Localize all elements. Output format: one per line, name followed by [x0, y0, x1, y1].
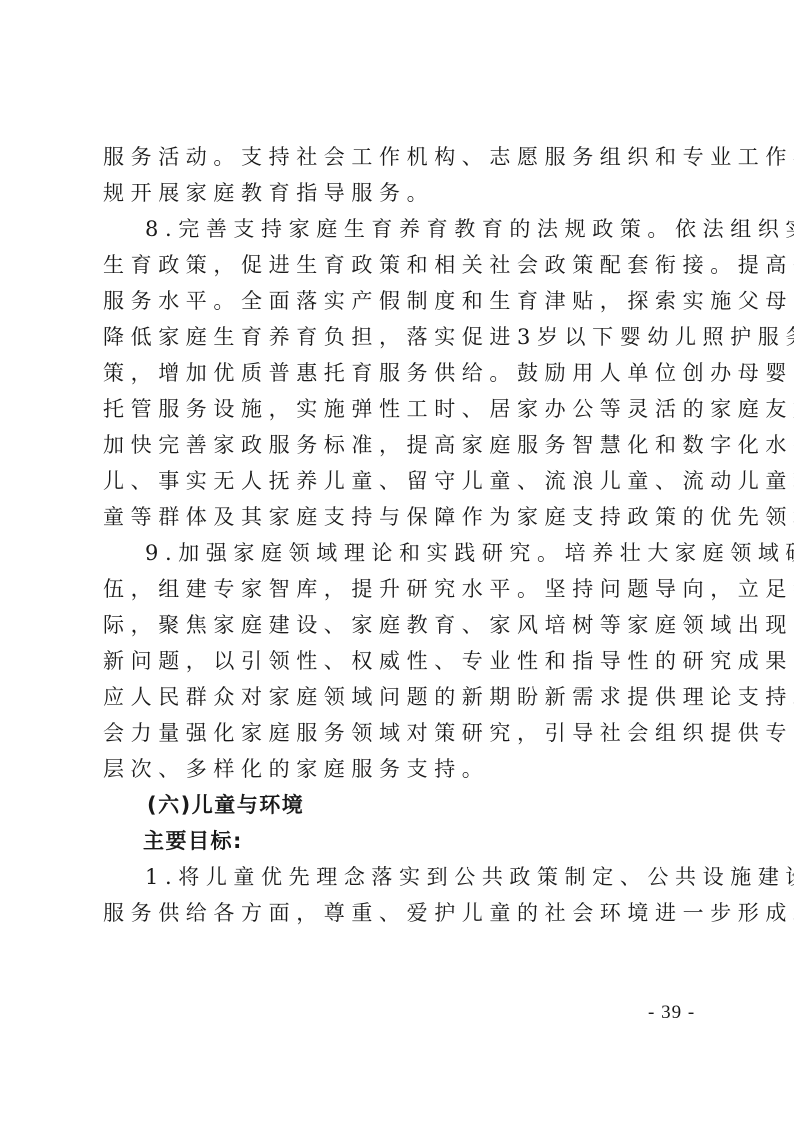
- goals-heading: 主要目标:: [103, 823, 693, 859]
- text-line: 托管服务设施，实施弹性工时、居家办公等灵活的家庭友好措施。: [103, 391, 693, 427]
- text-line: 层次、多样化的家庭服务支持。: [103, 751, 693, 787]
- text-line: 1.将儿童优先理念落实到公共政策制定、公共设施建设、公共: [103, 859, 693, 895]
- text-line: 9.加强家庭领域理论和实践研究。培养壮大家庭领域研究队: [103, 535, 693, 571]
- text-line: 会力量强化家庭服务领域对策研究，引导社会组织提供专业化、多: [103, 715, 693, 751]
- paragraph-goal-1: 1.将儿童优先理念落实到公共政策制定、公共设施建设、公共 服务供给各方面，尊重、…: [103, 859, 693, 931]
- paragraph-continuation: 服务活动。支持社会工作机构、志愿服务组织和专业工作者依法依 规开展家庭教育指导服…: [103, 139, 693, 211]
- text-line: 服务水平。全面落实产假制度和生育津贴，探索实施父母育儿假。: [103, 283, 693, 319]
- text-line: 伍，组建专家智库，提升研究水平。坚持问题导向，立足我区实: [103, 571, 693, 607]
- paragraph-item-9: 9.加强家庭领域理论和实践研究。培养壮大家庭领域研究队 伍，组建专家智库，提升研…: [103, 535, 693, 787]
- text-line: 童等群体及其家庭支持与保障作为家庭支持政策的优先领域。: [103, 499, 693, 535]
- document-page: 服务活动。支持社会工作机构、志愿服务组织和专业工作者依法依 规开展家庭教育指导服…: [103, 139, 693, 931]
- paragraph-item-8: 8.完善支持家庭生育养育教育的法规政策。依法组织实施三孩 生育政策，促进生育政策…: [103, 211, 693, 535]
- text-line: 应人民群众对家庭领域问题的新期盼新需求提供理论支持。鼓励社: [103, 679, 693, 715]
- text-line: 际，聚焦家庭建设、家庭教育、家风培树等家庭领域出现的新情况: [103, 607, 693, 643]
- text-line: 新问题，以引领性、权威性、专业性和指导性的研究成果，积极回: [103, 643, 693, 679]
- page-number: - 39 -: [648, 1002, 695, 1024]
- text-line: 服务供给各方面，尊重、爱护儿童的社会环境进一步形成。: [103, 895, 693, 931]
- text-line: 生育政策，促进生育政策和相关社会政策配套衔接。提高优生优育: [103, 247, 693, 283]
- text-line: 儿、事实无人抚养儿童、留守儿童、流浪儿童、流动儿童和困境儿: [103, 463, 693, 499]
- text-line: 服务活动。支持社会工作机构、志愿服务组织和专业工作者依法依: [103, 139, 693, 175]
- text-line: 降低家庭生育养育负担，落实促进3岁以下婴幼儿照护服务发展政: [103, 319, 693, 355]
- text-line: 规开展家庭教育指导服务。: [103, 175, 693, 211]
- text-line: 加快完善家政服务标准，提高家庭服务智慧化和数字化水平。将孤: [103, 427, 693, 463]
- section-heading: (六)儿童与环境: [103, 787, 693, 823]
- text-line: 8.完善支持家庭生育养育教育的法规政策。依法组织实施三孩: [103, 211, 693, 247]
- text-line: 策，增加优质普惠托育服务供给。鼓励用人单位创办母婴室和托育: [103, 355, 693, 391]
